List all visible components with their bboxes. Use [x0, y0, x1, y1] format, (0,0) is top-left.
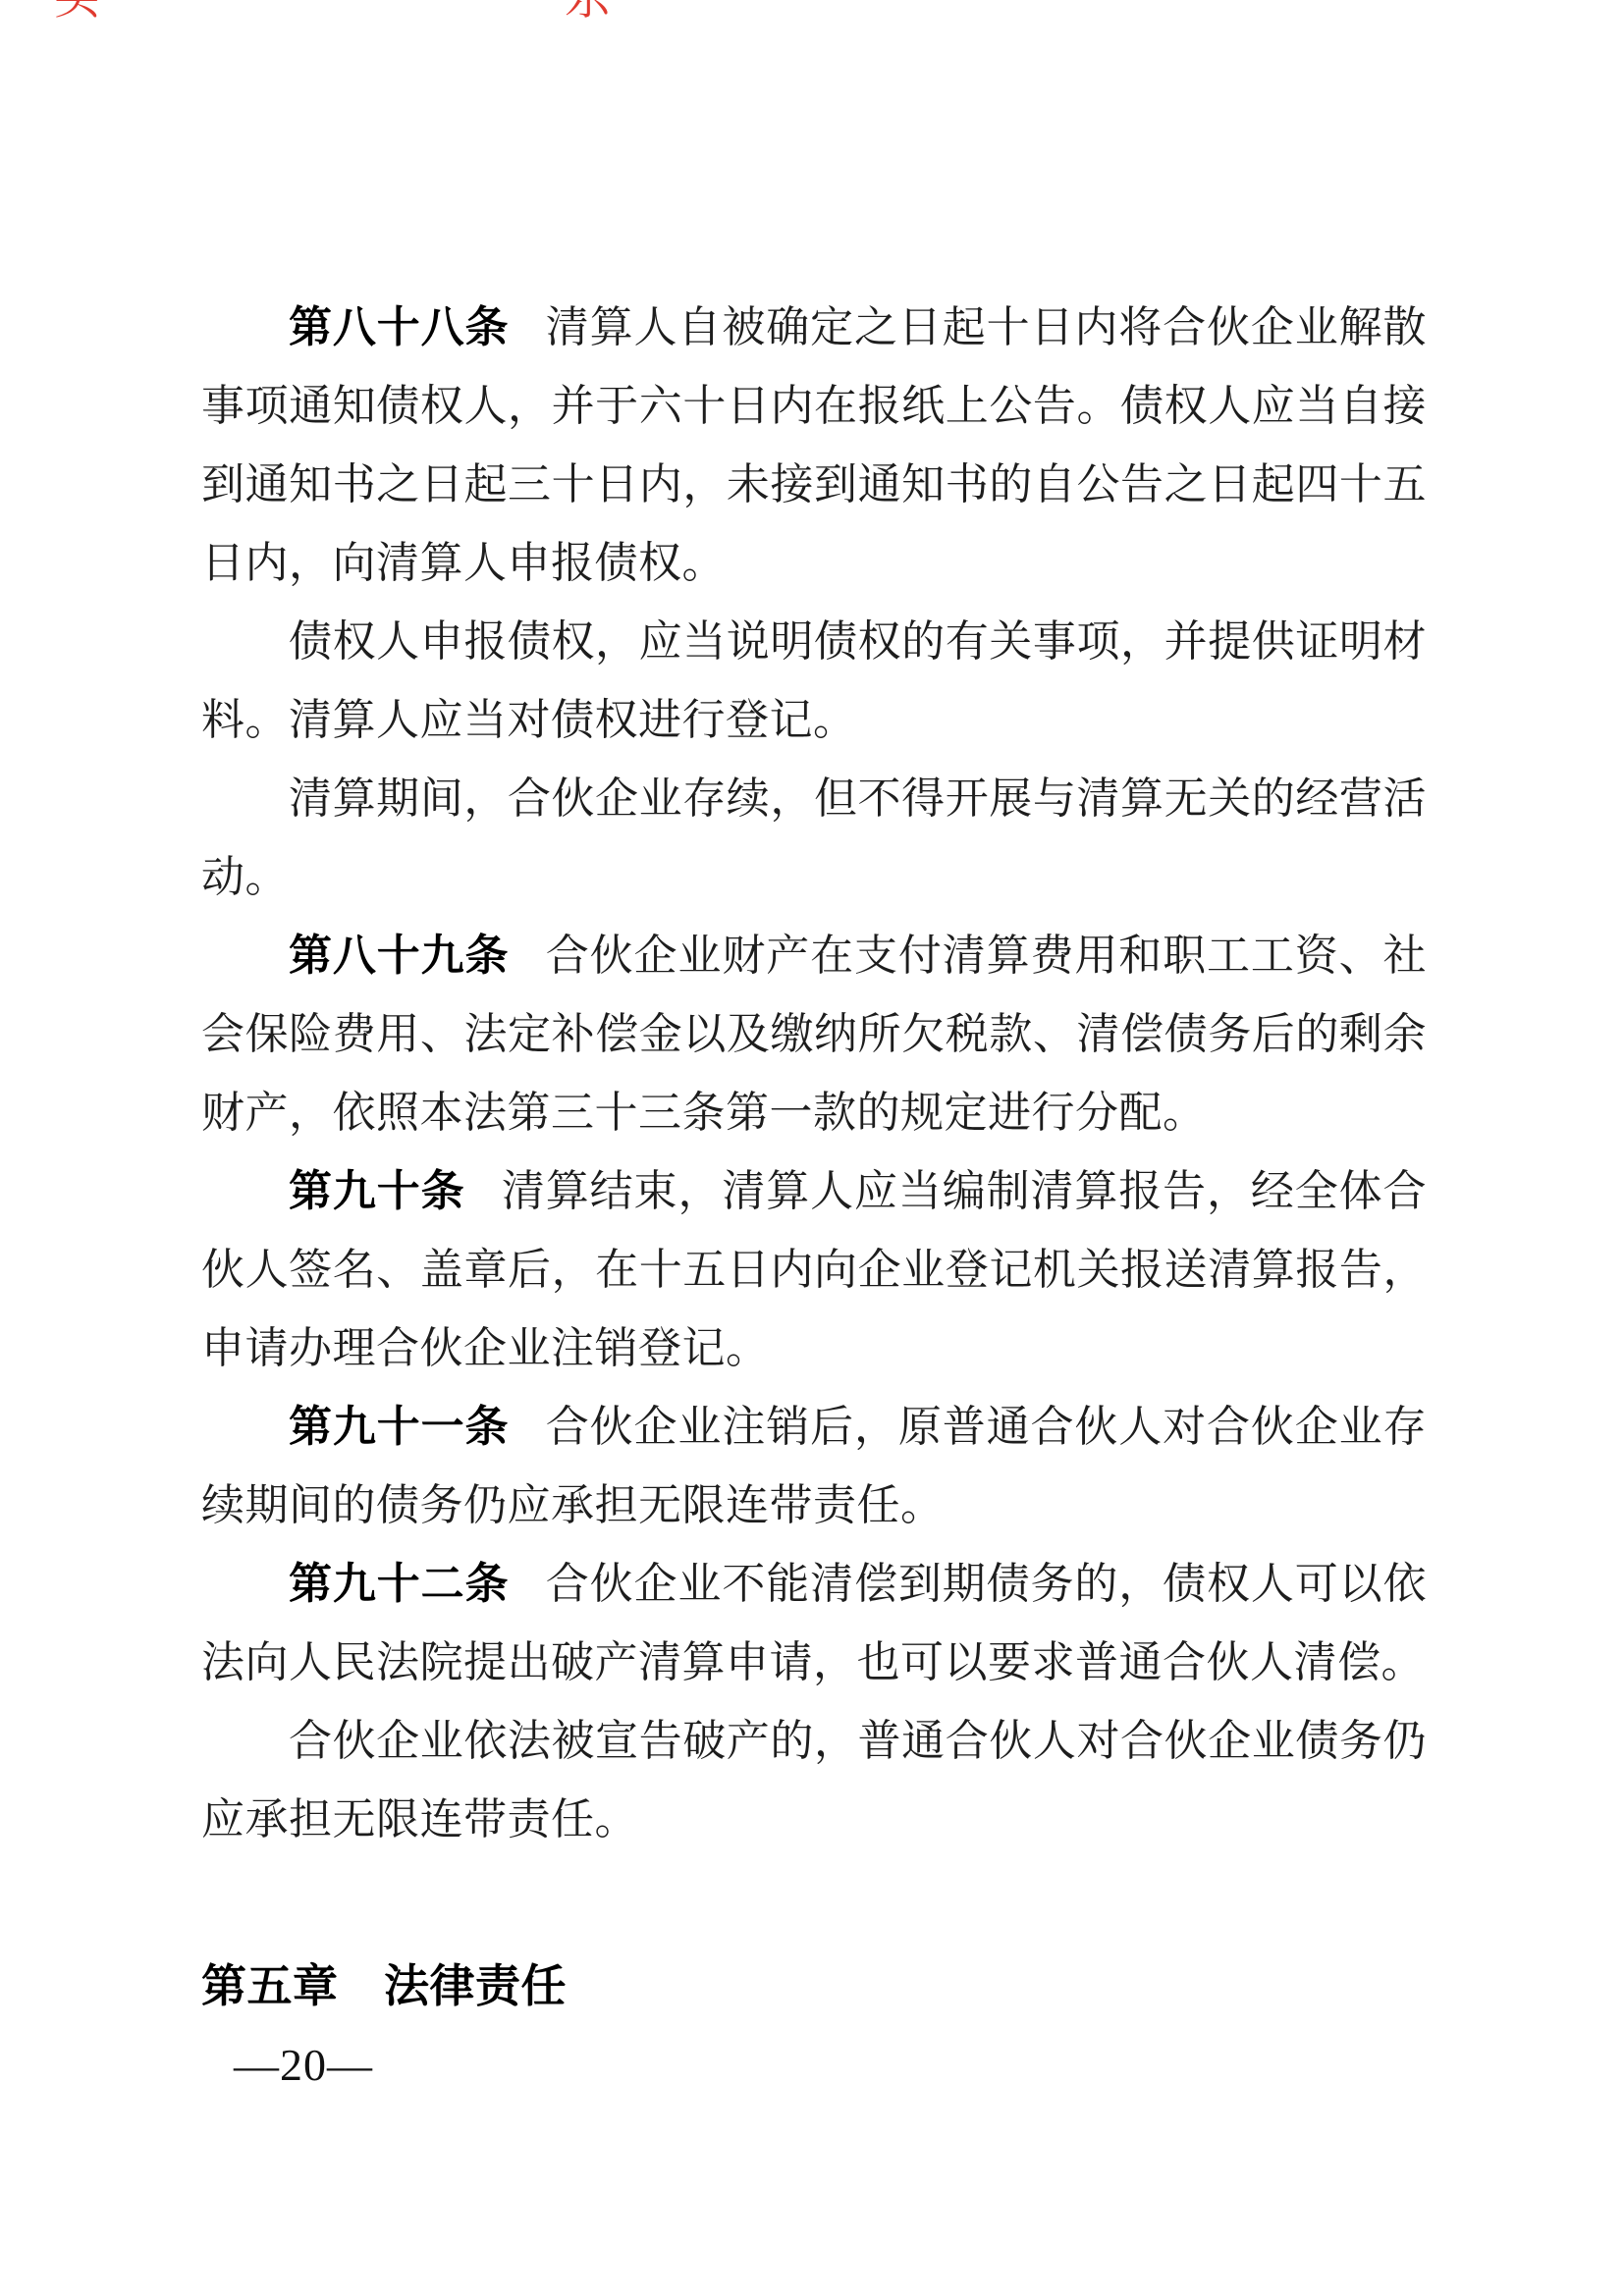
paragraph-article-89: 第八十九条合伙企业财产在支付清算费用和职工工资、社会保险费用、法定补偿金以及缴纳… — [201, 917, 1427, 1152]
paragraph-article-90: 第九十条清算结束，清算人应当编制清算报告，经全体合伙人签名、盖章后，在十五日内向… — [201, 1152, 1427, 1388]
red-ink-glyph: 乐 — [565, 0, 610, 22]
document-page: 头 乐 第八十八条清算人自被确定之日起十日内将合伙企业解散事项通知债权人，并于六… — [0, 0, 1624, 2296]
chapter-heading: 第五章 法律责任 — [201, 1947, 1427, 2025]
paragraph-text: 债权人申报债权，应当说明债权的有关事项，并提供证明材料。清算人应当对债权进行登记… — [201, 617, 1427, 744]
paragraph-article-92: 第九十二条合伙企业不能清偿到期债务的，债权人可以依法向人民法院提出破产清算申请，… — [201, 1545, 1427, 1702]
article-number: 第九十二条 — [289, 1560, 509, 1608]
page-number: —20— — [234, 2040, 373, 2091]
paragraph-article-88: 第八十八条清算人自被确定之日起十日内将合伙企业解散事项通知债权人，并于六十日内在… — [201, 289, 1427, 603]
article-text-block: 第八十八条清算人自被确定之日起十日内将合伙企业解散事项通知债权人，并于六十日内在… — [201, 289, 1427, 2025]
paragraph-article-91: 第九十一条合伙企业注销后，原普通合伙人对合伙企业存续期间的债务仍应承担无限连带责… — [201, 1388, 1427, 1545]
red-ink-artifact: 头 — [54, 0, 99, 26]
red-ink-glyph: 头 — [54, 0, 99, 22]
paragraph-article-88-clause-3: 清算期间，合伙企业存续，但不得开展与清算无关的经营活动。 — [201, 760, 1427, 917]
paragraph-article-92-clause-2: 合伙企业依法被宣告破产的，普通合伙人对合伙企业债务仍应承担无限连带责任。 — [201, 1702, 1427, 1859]
article-number: 第九十条 — [289, 1167, 465, 1215]
red-ink-artifact: 乐 — [565, 0, 610, 26]
article-number: 第九十一条 — [289, 1403, 509, 1451]
paragraph-article-88-clause-2: 债权人申报债权，应当说明债权的有关事项，并提供证明材料。清算人应当对债权进行登记… — [201, 603, 1427, 760]
paragraph-text: 清算期间，合伙企业存续，但不得开展与清算无关的经营活动。 — [201, 774, 1427, 901]
article-number: 第八十九条 — [289, 932, 509, 980]
article-number: 第八十八条 — [289, 303, 509, 351]
paragraph-text: 合伙企业依法被宣告破产的，普通合伙人对合伙企业债务仍应承担无限连带责任。 — [201, 1717, 1427, 1843]
